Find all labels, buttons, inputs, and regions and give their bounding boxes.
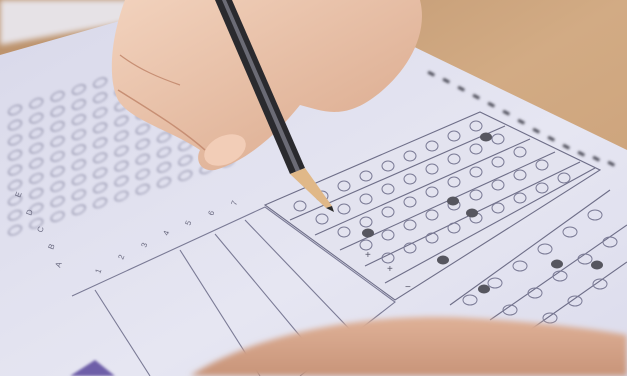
svg-text:−: − <box>405 282 411 293</box>
svg-text:+: + <box>365 250 371 261</box>
svg-text:+: + <box>387 264 393 275</box>
photo-scene: A B C D E <box>0 0 627 376</box>
